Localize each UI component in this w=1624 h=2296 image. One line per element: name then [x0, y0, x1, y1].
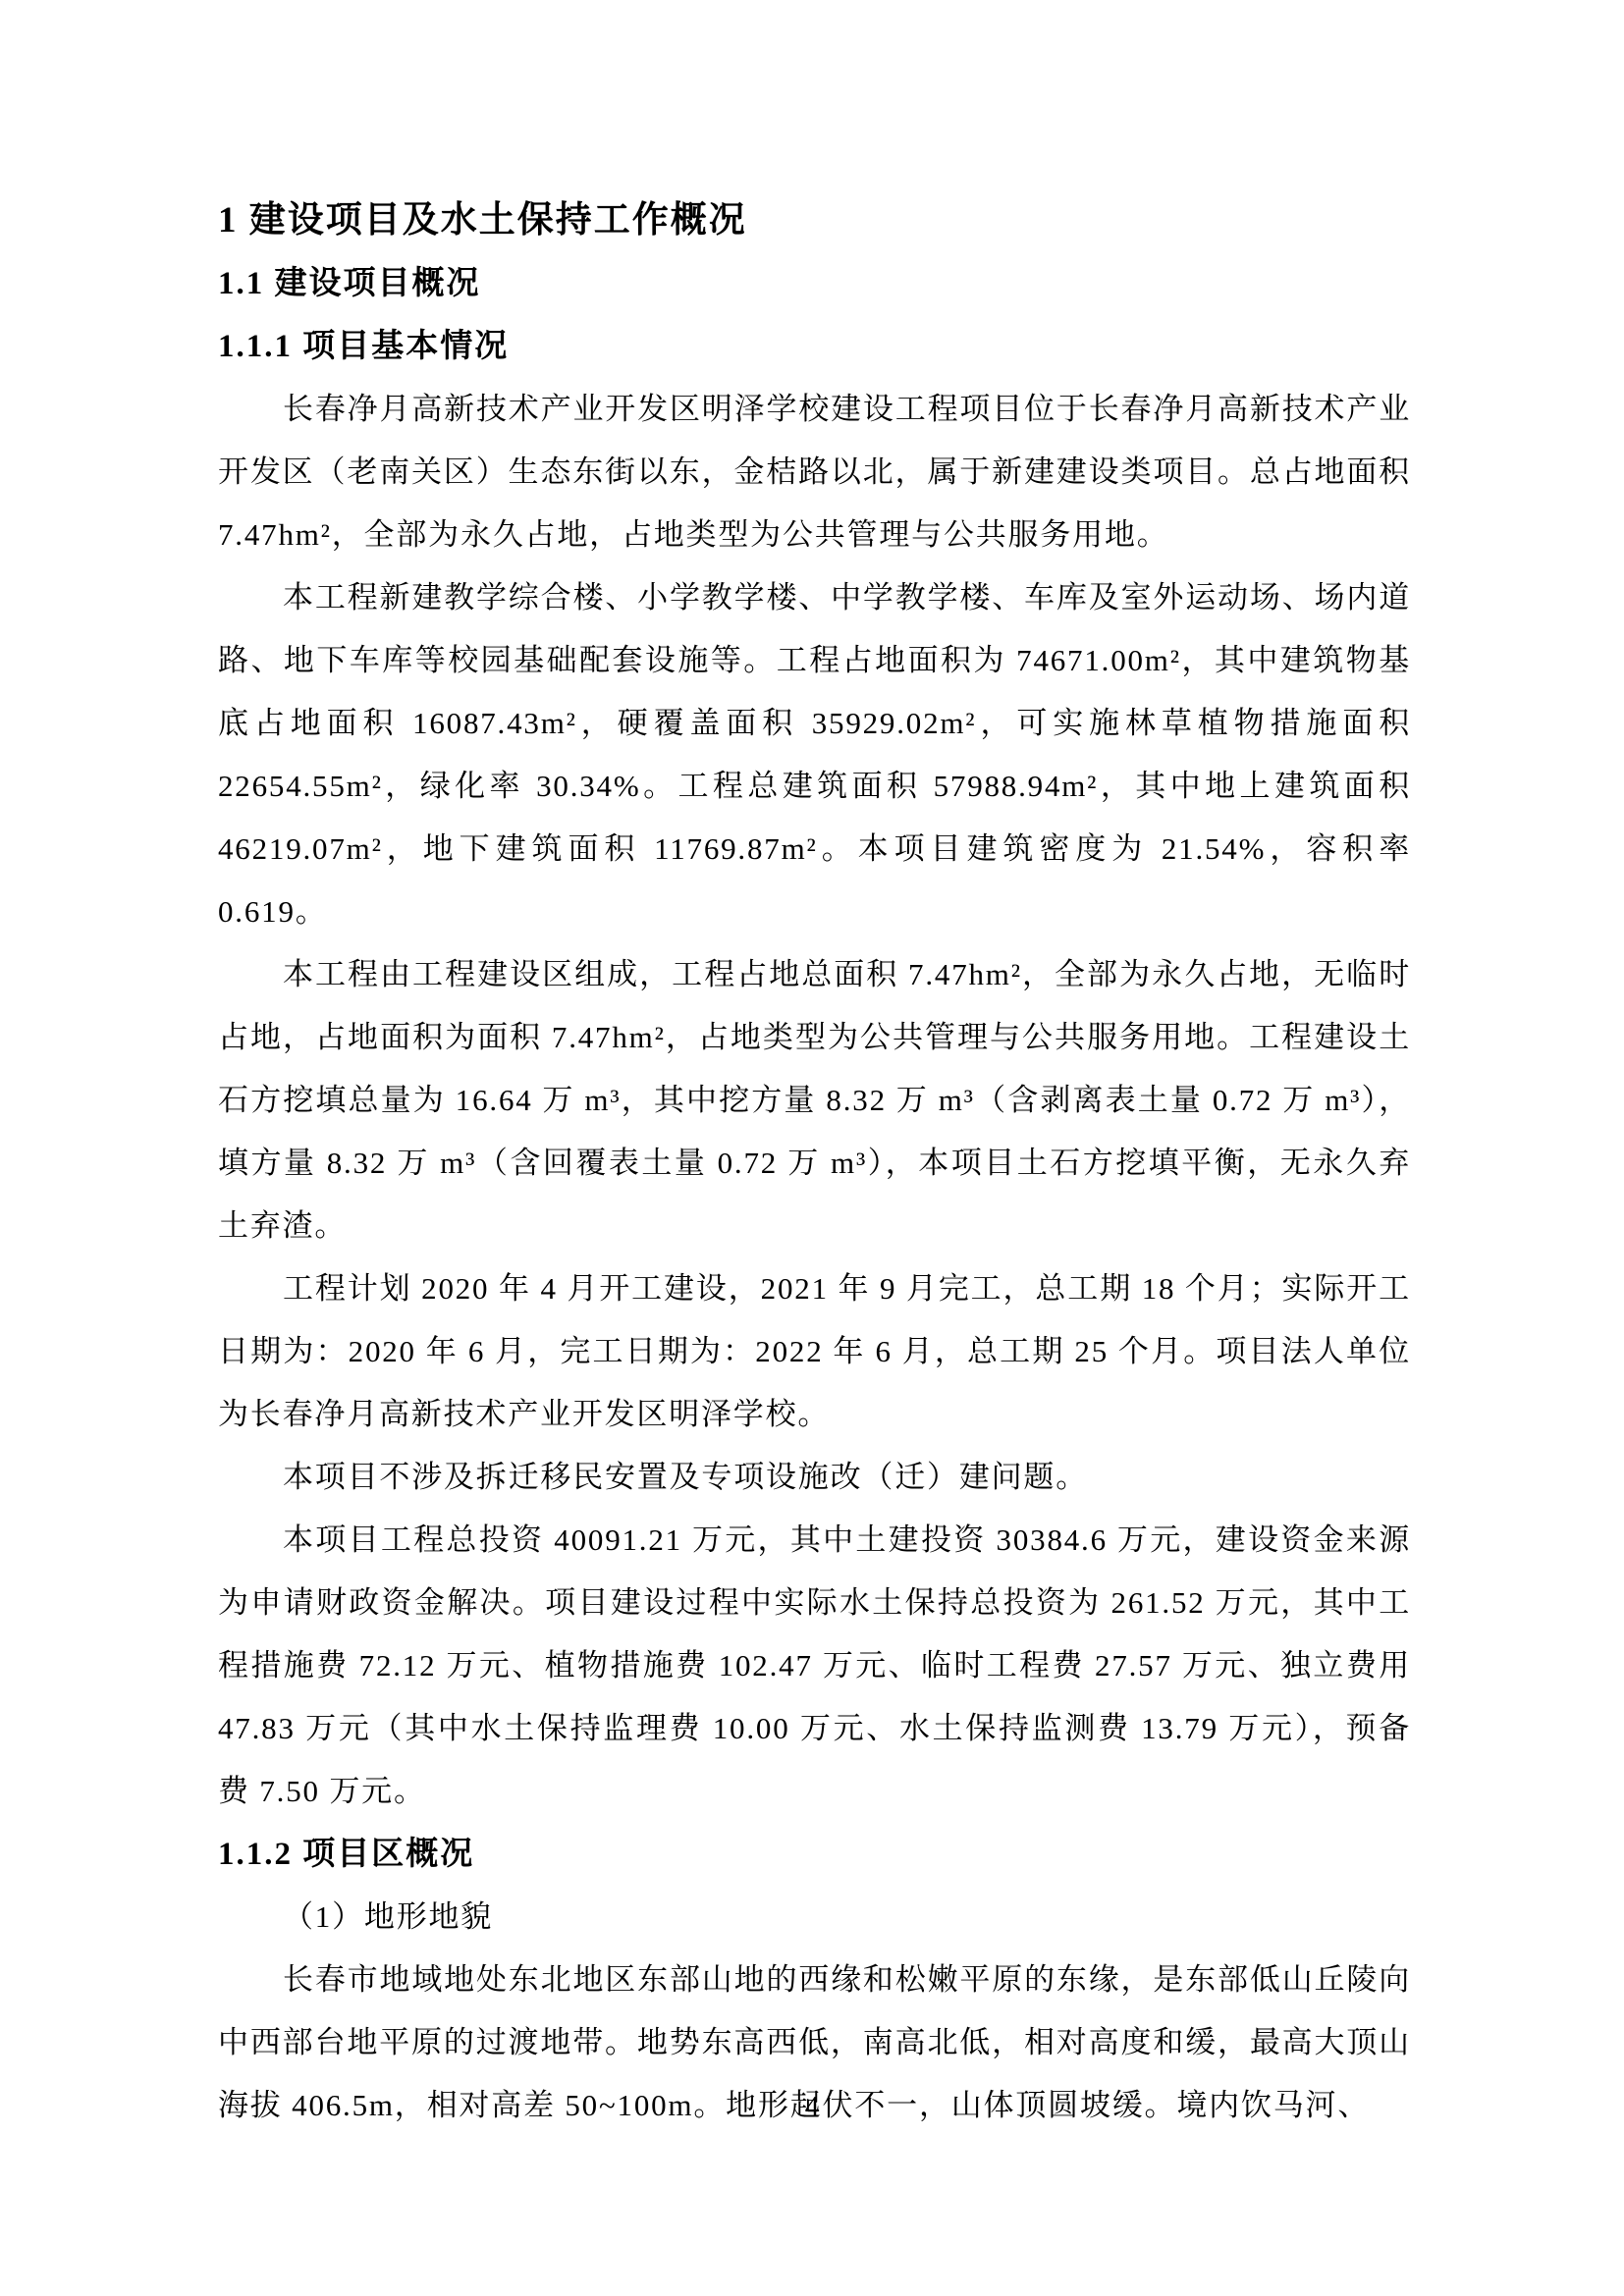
heading-subsection-1-1-1: 1.1.1 项目基本情况 [218, 315, 1411, 378]
page-number: 4 [0, 2085, 1624, 2128]
paragraph-project-scale: 本工程新建教学综合楼、小学教学楼、中学教学楼、车库及室外运动场、场内道路、地下车… [218, 566, 1411, 943]
paragraph-land-earthwork: 本工程由工程建设区组成，工程占地总面积 7.47hm²，全部为永久占地，无临时占… [218, 943, 1411, 1257]
paragraph-schedule: 工程计划 2020 年 4 月开工建设，2021 年 9 月完工，总工期 18 … [218, 1257, 1411, 1446]
document-page: 1 建设项目及水土保持工作概况 1.1 建设项目概况 1.1.1 项目基本情况 … [0, 0, 1624, 2296]
heading-subsection-1-1-2: 1.1.2 项目区概况 [218, 1823, 1411, 1886]
paragraph-project-intro: 长春净月高新技术产业开发区明泽学校建设工程项目位于长春净月高新技术产业开发区（老… [218, 378, 1411, 566]
heading-section-1-1: 1.1 建设项目概况 [218, 252, 1411, 315]
paragraph-investment: 本项目工程总投资 40091.21 万元，其中土建投资 30384.6 万元，建… [218, 1509, 1411, 1823]
subitem-terrain-heading: （1）地形地貌 [218, 1886, 1411, 1949]
heading-chapter-1: 1 建设项目及水土保持工作概况 [218, 189, 1411, 252]
paragraph-resettlement: 本项目不涉及拆迁移民安置及专项设施改（迁）建问题。 [218, 1446, 1411, 1509]
